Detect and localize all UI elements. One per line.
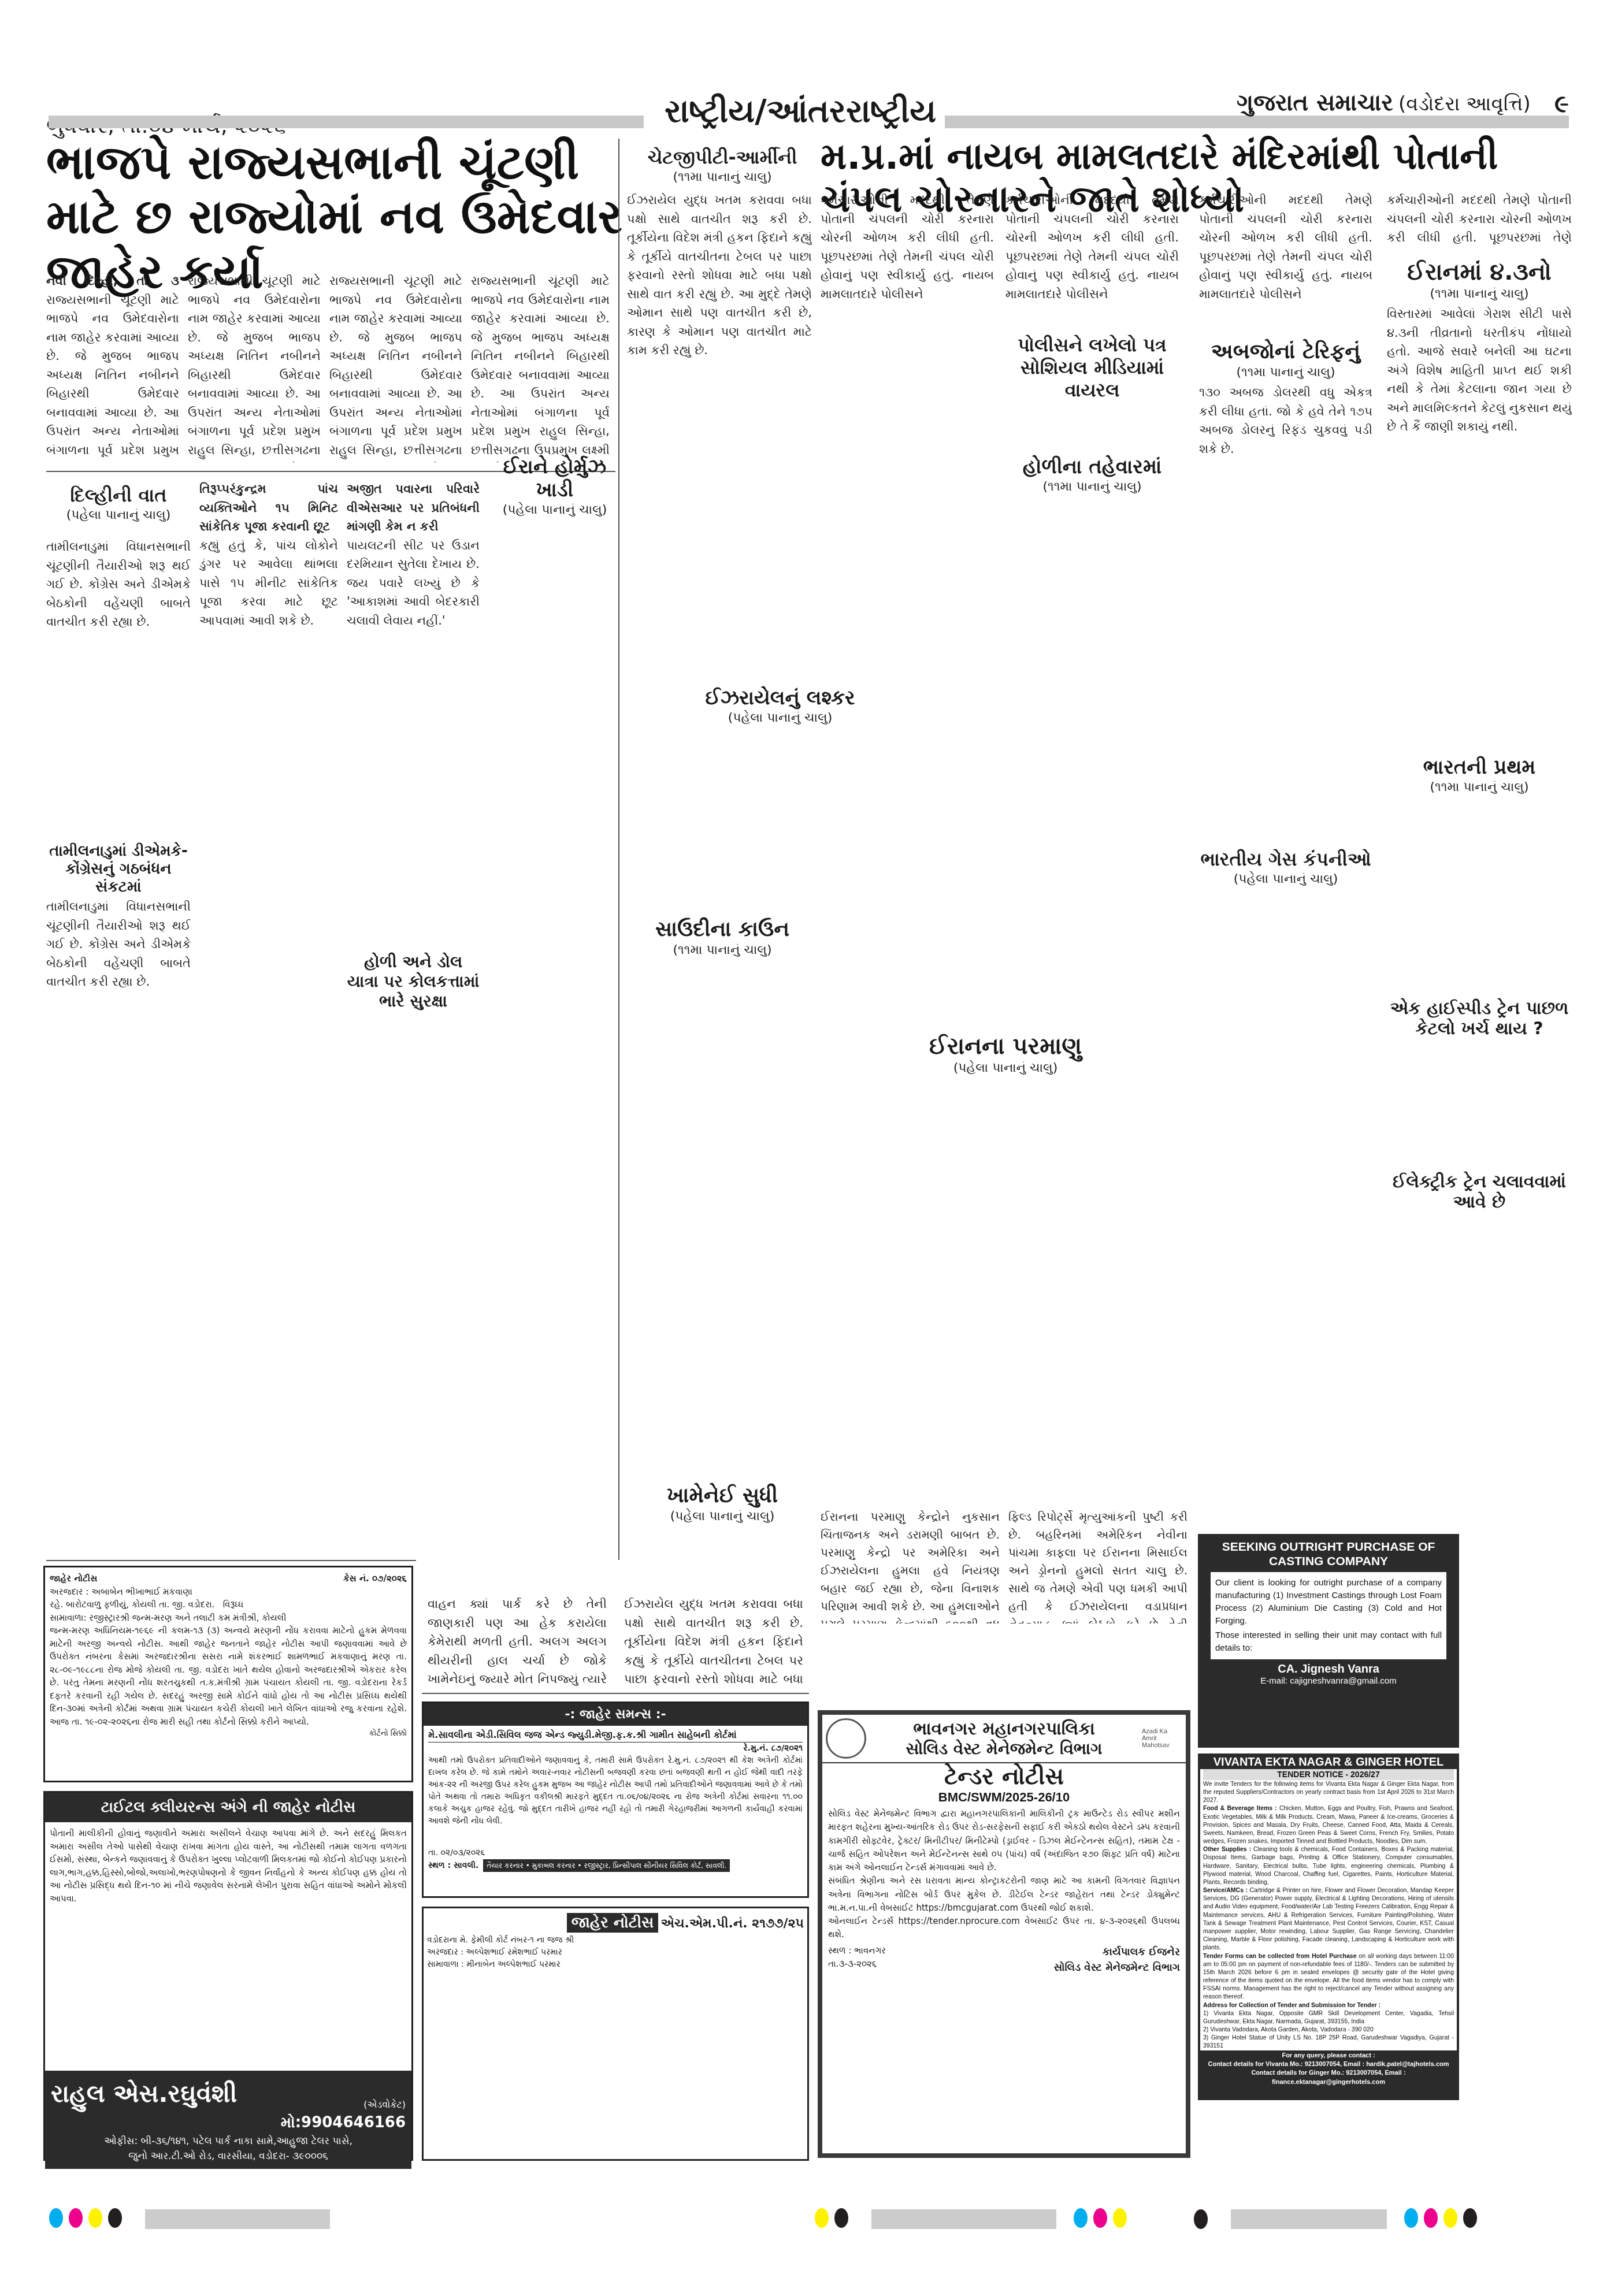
- saudi-article: સાઉદીના કાઉન (૧૧મા પાનાનું ચાલુ): [627, 913, 818, 961]
- vivanta-section: Other Supplies : Cleaning tools & chemic…: [1203, 1845, 1454, 1886]
- tamilnadu-headline: તામીલનાડુમાં ડીએમકે-કોંગ્રેસનું ગઠબંધન સ…: [46, 842, 191, 896]
- respondent: સામાવાળા: રજીસ્ટ્રારશ્રી જન્મ-મરણ અને તલ…: [50, 1611, 407, 1625]
- hormuz-continued: (પહેલા પાનાનું ચાલુ): [491, 503, 618, 517]
- gas-continued: (પહેલા પાનાનું ચાલુ): [1199, 872, 1372, 886]
- registration-marks-right: [1194, 2208, 1483, 2230]
- yellow-dot: [1443, 2208, 1457, 2228]
- yellow-dot: [815, 2208, 829, 2228]
- india-first-article: ભારતની પ્રથમ (૧૧મા પાનાનું ચાલુ): [1387, 751, 1572, 798]
- iran-nuclear-body: ઈરાનના પરમાણુ કેન્દ્રોને નુકસાન ચિંતાજનક…: [821, 1508, 1000, 1623]
- khamenei-article: ખામેનેઈ સુધી (પહેલા પાનાનું ચાલુ): [636, 1479, 809, 1527]
- tariff-body: ૧૩૦ અબજ ડોલરથી વધુ એકત્ર કરી લીધા હતાં. …: [1199, 383, 1372, 730]
- paper-name: ગુજરાત સમાચાર: [1237, 90, 1393, 116]
- section-label: Tender Forms can be collected from Hotel…: [1203, 1953, 1357, 1960]
- azadi-logo-icon: Azadi Ka Amrit Mahotsav: [1142, 1728, 1182, 1749]
- saudi-headline: સાઉદીના કાઉન: [627, 917, 818, 942]
- khamenei-body: વાહન ક્યાં પાર્ક કરે છે તેની જાણકારી પણ …: [428, 1595, 607, 1687]
- vivanta-address: 1) Vivanta Ekta Nagar, Opposite GMR Skil…: [1203, 2009, 1454, 2026]
- india-first-continued: (૧૧મા પાનાનું ચાલુ): [1387, 780, 1572, 794]
- black-dot: [1194, 2209, 1208, 2229]
- advocate-office-2: જુનો આર.ટી.ઓ રોડ, વારસીયા, વડોદરા- ૩૯૦૦૦…: [51, 2149, 406, 2164]
- vivanta-address: 2) Vivanta Vadodara, Akota Garden, Akota…: [1203, 2026, 1454, 2034]
- bmc-dept: સોલિડ વેસ્ટ મેનેજમેન્ટ વિભાગ: [866, 1739, 1142, 1759]
- bmc-body: સોલિડ વેસ્ટ મેનેજમેન્ટ વિભાગ દ્વારા મહાન…: [828, 1807, 1180, 1874]
- black-dot: [834, 2208, 848, 2228]
- lead-text: રાજ્યસભાની ચૂંટણી માટે ભાજપે નવ ઉમેદવારો…: [46, 293, 179, 462]
- vivanta-contact: Contact details for Vivanta Mo.: 9213007…: [1200, 2060, 1457, 2069]
- gas-article: ભારતીય ગેસ કંપનીઓ (પહેલા પાનાનું ચાલુ): [1199, 844, 1372, 890]
- black-dot: [108, 2208, 122, 2228]
- cyan-dot: [49, 2208, 63, 2228]
- divider: [46, 1560, 416, 1561]
- versus: વિરૂધ્ધ: [223, 1599, 244, 1610]
- case-number: કેસ નં. ૦૭/૨૦૨૬: [343, 1572, 407, 1585]
- header-bar-right: [945, 116, 1569, 128]
- registration-marks-center: [815, 2208, 1133, 2230]
- summons-footer: તૈયાર કરનાર • મુકાબલ કરનાર • રજીસ્ટ્રાર,…: [483, 1859, 730, 1872]
- lead-body-3: રાજ્યસભાની ચૂંટણી માટે ભાજપે નવ ઉમેદવારો…: [329, 272, 462, 462]
- advocate-mobile: મો:9904646166: [51, 2112, 406, 2134]
- section-label: Food & Beverage Items :: [1203, 1805, 1277, 1812]
- iran-quake-continued: (૧૧મા પાનાનું ચાલુ): [1387, 287, 1572, 301]
- bmc-signatory-dept: સોલિડ વેસ્ટ મેનેજમેન્ટ વિભાગ: [1053, 1960, 1180, 1976]
- summons-body: આથી તમો ઉપરોક્ત પ્રતિવાદીઓને જણાવવાનું ક…: [428, 1755, 803, 1847]
- magenta-dot: [1424, 2208, 1438, 2228]
- summons-place: સ્થળ : સાવલી.: [428, 1860, 478, 1872]
- mp-body-2: કર્મચારીઓની મદદથી તેમણે પોતાની ચંપલની ચો…: [1005, 191, 1179, 318]
- electric-train-article: ઈલેક્ટ્રીક ટ્રેન ચલાવવામાં આવે છે: [1387, 1167, 1572, 1213]
- bmc-signatory: કાર્યપાલક ઈજનેર: [1053, 1944, 1180, 1960]
- vivanta-section: Service/AMCs : Cartridge & Printer on hi…: [1203, 1886, 1454, 1952]
- india-first-headline: ભારતની પ્રથમ: [1387, 756, 1572, 779]
- bmc-place: સ્થળ : ભાવનગર: [828, 1944, 886, 1957]
- holi-festival-continued: (૧૧મા પાનાનું ચાલુ): [1005, 480, 1179, 494]
- divider: [422, 1693, 809, 1694]
- khamenei-headline: ખામેનેઈ સુધી: [636, 1484, 809, 1508]
- court-seal: કોર્ટનો સિક્કો: [50, 1728, 407, 1740]
- tamilnadu-body: તામીલનાડુમાં વિધાનસભાની ચૂંટણીની તૈયારીઓ…: [46, 897, 191, 1562]
- vivanta-subtitle: TENDER NOTICE - 2026/27: [1203, 1769, 1454, 1780]
- black-dot: [1463, 2208, 1477, 2228]
- hormuz-headline: ઈરાને હોર્મુઝ ખાડી: [491, 455, 618, 501]
- khamenei-body-2: ઈઝરાયેલ યુદ્ધ ખતમ કરાવવા બધા પક્ષો સાથે …: [624, 1595, 803, 1687]
- ajit-pawar-text: પાયલટની સીટ પર ઉડાન દરમિયાન સુતેલા દેખાય…: [347, 538, 480, 627]
- vivanta-section: Food & Beverage Items : Chicken, Mutton,…: [1203, 1804, 1454, 1845]
- advocate-office: ઓફીસ: બી-૩૬/૧૪૧, પટેલ પાર્ક નાકા સામે,આહ…: [51, 2134, 406, 2149]
- iran-nuclear-article: ઈરાનના પરમાણુ (પહેલા પાનાનું ચાલુ): [821, 1028, 1190, 1079]
- bmc-ref: BMC/SWM/2025-26/10: [822, 1790, 1186, 1805]
- ajit-pawar-body: અજીત પવારના પરિવારે વીએસઆર પર પ્રતિબંધની…: [347, 480, 480, 942]
- israel-army-headline: ઈઝરાયેલનું લશ્કર: [693, 686, 867, 709]
- hmp-applicant: અરજદાર : અલ્પેશભાઈ રમેશભાઈ પરમાર: [427, 1946, 804, 1959]
- tariff-continued: (૧૧મા પાનાનું ચાલુ): [1199, 365, 1372, 380]
- bmc-body-2: સંબંધિત શ્રેણીના અને રસ ધરાવતા માન્ય કોન…: [828, 1874, 1180, 1915]
- iran-quake-article: ઈરાનમાં ૪.૩નો (૧૧મા પાનાનું ચાલુ) વિસ્તા…: [1387, 254, 1572, 663]
- israel-army-article: ઈઝરાયેલનું લશ્કર (પહેલા પાનાનું ચાલુ): [693, 682, 867, 729]
- vivanta-intro: We invite Tenders for the following item…: [1203, 1780, 1454, 1805]
- edition-label: (વડોદરા આવૃત્તિ): [1398, 92, 1531, 116]
- iran-quake-body: વિસ્તારમાં આવેલાં ગેરાશ સીટી પાસે ૪.૩ની …: [1387, 304, 1572, 663]
- ginger-contact: Contact details for Ginger Mo.: 92130070…: [1200, 2069, 1457, 2087]
- delhi-body: તામીલનાડુમાં વિધાનસભાની ચૂંટણીની તૈયારીઓ…: [46, 537, 191, 838]
- hmp-notice-ad: જાહેર નોટીસ એચ.એમ.પી.નં. ૨૧૭૭/૨૫ વડોદરાન…: [422, 1907, 809, 2161]
- bmc-emblem-icon: [826, 1718, 866, 1759]
- advocate-name: રાહુલ એસ.રઘુવંશી: [51, 2075, 237, 2112]
- chatgpt-article: ચેટજીપીટી-આર્મીની (૧૧મા પાનાનું ચાલુ): [627, 142, 818, 188]
- lead-body-2: રાજ્યસભાની ચૂંટણી માટે ભાજપે નવ ઉમેદવારો…: [188, 272, 321, 462]
- casting-ad: SEEKING OUTRIGHT PURCHASE OF CASTING COM…: [1198, 1534, 1459, 1748]
- cyan-dot: [1074, 2208, 1088, 2228]
- vivanta-title: VIVANTA EKTA NAGAR & GINGER HOTEL: [1200, 1756, 1457, 1769]
- hmp-respondent: સામાવાળા : મીનાબેન અલ્પેશભાઈ પરમાર: [427, 1959, 804, 1971]
- deepam-text: કહ્યું હતું કે, પાંચ લોકોને ડુંગર પર આવે…: [199, 538, 338, 627]
- mp-body-3: કર્મચારીઓની મદદથી તેમણે પોતાની ચંપલની ચો…: [1199, 191, 1372, 335]
- address: રહે. બારોટવાળુ ફળીયું, કોયલી તા. જી. વડો…: [50, 1599, 214, 1610]
- vivanta-ad: VIVANTA EKTA NAGAR & GINGER HOTEL TENDER…: [1198, 1753, 1459, 2100]
- vivanta-query: For any query, please contact :: [1200, 2052, 1457, 2060]
- applicant: અરજદાર : અબાબેન ભીખાભાઈ મકવાણા: [50, 1585, 407, 1599]
- notice-body: જન્મ-મરણ અધિનિયમ-૧૯૬૯ ની કલમ-૧૩ (૩) અન્વ…: [50, 1624, 407, 1728]
- summons-savli-ad: -: જાહેર સમન્સ :- મે.સાવલીના એડી.સિવિલ જ…: [422, 1701, 809, 1898]
- bmc-tender-ad: ભાવનગર મહાનગરપાલિકા સોલિડ વેસ્ટ મેનેજમેન…: [818, 1710, 1190, 2158]
- notice-title: જાહેર નોટીસ: [50, 1572, 97, 1585]
- gray-register-bar: [1231, 2209, 1387, 2229]
- hmp-title: જાહેર નોટીસ: [567, 1913, 659, 1933]
- chatgpt-continued: (૧૧મા પાનાનું ચાલુ): [627, 170, 818, 184]
- tamilnadu-article: તામીલનાડુમાં ડીએમકે-કોંગ્રેસનું ગઠબંધન સ…: [46, 838, 191, 1562]
- chatgpt-body: ઈઝરાયેલ યુદ્ધ ખતમ કરાવવા બધા પક્ષો સાથે …: [627, 191, 812, 451]
- title-clearance-ad: ટાઈટલ ક્લીયરન્સ અંગે ની જાહેર નોટીસ પોતા…: [43, 1791, 413, 2161]
- hmp-court: વડોદરાના મે. ફેમીલી કોર્ટ નંબર-૧ ના જજ શ…: [427, 1934, 804, 1946]
- tariff-headline: અબજોનાં ટેરિફનું: [1199, 340, 1372, 364]
- section-label: Service/AMCs :: [1203, 1887, 1248, 1894]
- tariff-article: અબજોનાં ટેરિફનું (૧૧મા પાનાનું ચાલુ) ૧૩૦…: [1199, 335, 1372, 730]
- israel-army-continued: (પહેલા પાનાનું ચાલુ): [693, 711, 867, 725]
- page-number: ૯: [1554, 90, 1569, 118]
- bmc-title: ટેન્ડર નોટીસ: [822, 1763, 1186, 1790]
- lead-body: નવી દિલ્હી, તા. ૩ રાજ્યસભાની ચૂંટણી માટે…: [46, 272, 179, 462]
- bmc-org: ભાવનગર મહાનગરપાલિકા: [866, 1719, 1142, 1739]
- holi-festival-article: હોળીના તહેવારમાં (૧૧મા પાનાનું ચાલુ): [1005, 451, 1179, 497]
- title-clearance-body: પોતાની માલીકીની હોવાનું જણાવીને અમારા અસ…: [45, 1822, 411, 2071]
- casting-title: SEEKING OUTRIGHT PURCHASE OF CASTING COM…: [1206, 1540, 1451, 1569]
- summons-case-number: રે.મુ.નં. ૮૭/૨૦૨૧: [428, 1743, 803, 1755]
- khamenei-continued: (પહેલા પાનાનું ચાલુ): [636, 1509, 809, 1524]
- court-notice-koyli-ad: જાહેર નોટીસ કેસ નં. ૦૭/૨૦૨૬ અરજદાર : અબા…: [43, 1566, 413, 1782]
- hormuz-article: ઈરાને હોર્મુઝ ખાડી (પહેલા પાનાનું ચાલુ): [491, 451, 618, 521]
- gas-headline: ભારતીય ગેસ કંપનીઓ: [1199, 848, 1372, 871]
- casting-body-2: Those interested in selling their unit m…: [1215, 1629, 1442, 1655]
- cyan-dot: [1404, 2208, 1418, 2228]
- summons-court: મે.સાવલીના એડી.સિવિલ જજ એન્ડ જ્યુડી.મેજી…: [428, 1728, 803, 1743]
- vivanta-address: 3) Ginger Hotel Statue of Unity LS No. 1…: [1203, 2034, 1454, 2050]
- delhi-headline: દિલ્હીની વાત: [46, 484, 191, 507]
- yellow-dot: [1113, 2208, 1127, 2228]
- holi-kolkata-article: હોળી અને ડોલ યાત્રા પર કોલકત્તામાં ભારે …: [347, 948, 480, 1012]
- mp-body-4: કર્મચારીઓની મદદથી તેમણે પોતાની ચંપલની ચો…: [1387, 191, 1572, 248]
- casting-contact-name: CA. Jignesh Vanra: [1206, 1663, 1451, 1676]
- holi-kolkata-headline: હોળી અને ડોલ યાત્રા પર કોલકત્તામાં ભારે …: [347, 952, 480, 1011]
- bmc-body-3: ઓનલાઈન ટેન્ડર્સ https://tender.nprocure.…: [828, 1915, 1180, 1942]
- deepam-body: તિરૂપ્પરંકુન્દ્રમ પાંચ વ્યક્તિઓને ૧૫ મિન…: [199, 480, 338, 1548]
- lead-dateline: નવી દિલ્હી, તા. ૩: [46, 274, 179, 288]
- ajit-pawar-headline: અજીત પવારના પરિવારે વીએસઆર પર પ્રતિબંધની…: [347, 482, 480, 533]
- delhi-article: દિલ્હીની વાત (પહેલા પાનાનું ચાલુ): [46, 480, 191, 526]
- vivanta-section: Tender Forms can be collected from Hotel…: [1203, 1952, 1454, 2001]
- iran-nuclear-continued: (પહેલા પાનાનું ચાલુ): [821, 1061, 1190, 1075]
- iran-nuclear-headline: ઈરાનના પરમાણુ: [821, 1033, 1190, 1060]
- magenta-dot: [1093, 2208, 1107, 2228]
- gray-register-bar: [145, 2209, 330, 2229]
- title-clearance-title: ટાઈટલ ક્લીયરન્સ અંગે ની જાહેર નોટીસ: [45, 1793, 411, 1822]
- header-bar-left: [49, 116, 644, 128]
- delhi-continued: (પહેલા પાનાનું ચાલુ): [46, 508, 191, 522]
- vivanta-address-heading: Address for Collection of Tender and Sub…: [1203, 2001, 1454, 2009]
- deepam-headline: તિરૂપ્પરંકુન્દ્રમ પાંચ વ્યક્તિઓને ૧૫ મિન…: [199, 482, 338, 533]
- police-letter-article: પોલીસને લખેલો પત્ર સોશિયલ મીડિયામાં વાયર…: [1005, 329, 1179, 403]
- police-letter-headline: પોલીસને લખેલો પત્ર સોશિયલ મીડિયામાં વાયર…: [1005, 334, 1179, 402]
- section-label: Other Supplies :: [1203, 1846, 1251, 1853]
- saudi-continued: (૧૧મા પાનાનું ચાલુ): [627, 943, 818, 957]
- lead-body-4: રાજ્યસભાની ચૂંટણી માટે ભાજપે નવ ઉમેદવારો…: [471, 272, 610, 462]
- helicopter-headline: એક હાઈસ્પીડ ટ્રેન પાછળ કેટલો ખર્ચ થાય ?: [1387, 998, 1572, 1039]
- gray-register-bar: [871, 2209, 1056, 2229]
- helicopter-article: એક હાઈસ્પીડ ટ્રેન પાછળ કેટલો ખર્ચ થાય ?: [1387, 994, 1572, 1040]
- advocate-suffix: (એડવોકેટ): [363, 2098, 406, 2112]
- mp-body-1: કર્મચારીઓની મદદથી તેમણે પોતાની ચંપલની ચો…: [821, 191, 994, 480]
- yellow-dot: [88, 2208, 102, 2228]
- iran-quake-headline: ઈરાનમાં ૪.૩નો: [1387, 259, 1572, 285]
- electric-train-headline: ઈલેક્ટ્રીક ટ્રેન ચલાવવામાં આવે છે: [1387, 1172, 1572, 1212]
- chatgpt-headline: ચેટજીપીટી-આર્મીની: [627, 146, 818, 169]
- casting-email: E-mail: cajigneshvanra@gmail.com: [1206, 1676, 1451, 1686]
- summons-title: -: જાહેર સમન્સ :-: [424, 1703, 807, 1726]
- holi-festival-headline: હોળીના તહેવારમાં: [1005, 455, 1179, 478]
- bmc-date: તા.૩-૩-૨૦૨૬: [828, 1957, 886, 1971]
- column-divider: [618, 139, 619, 1560]
- magenta-dot: [69, 2208, 83, 2228]
- section-text: Cartridge & Printer on hire, Flower and …: [1203, 1887, 1454, 1951]
- section-title: રાષ્ટ્રીય/આંતરરાષ્ટ્રીય: [665, 92, 936, 131]
- summons-date: તા. ૦૨/૦૩/૨૦૨૬: [428, 1847, 803, 1859]
- hmp-case-number: એચ.એમ.પી.નં. ૨૧૭૭/૨૫: [661, 1916, 804, 1931]
- casting-body: Our client is looking for outright purch…: [1215, 1577, 1442, 1627]
- iran-nuclear-body-2: ફિલ્ડ રિપોર્ટ્સે મૃત્યુઆંકની પુષ્ટી કરી …: [1008, 1508, 1187, 1623]
- registration-marks-left: [49, 2208, 330, 2230]
